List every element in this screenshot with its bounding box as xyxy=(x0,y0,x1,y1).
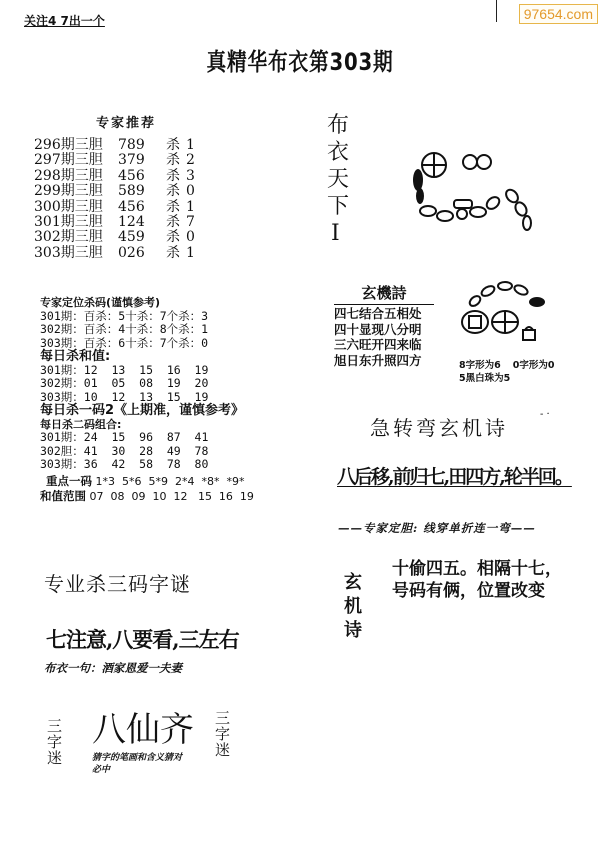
expert-picks-title: 专家推荐 xyxy=(96,112,156,131)
bead-notes: 8字形为60字形为0 5黑白珠为5 xyxy=(459,360,554,385)
list-item: 301期：12 13 15 16 19 xyxy=(40,364,254,378)
xuanji-title: 玄機詩 xyxy=(334,282,434,305)
list-item: 303期：百杀：6十杀：7个杀：0 xyxy=(40,337,254,351)
list-item: 302期：百杀：4十杀：8个杀：1 xyxy=(40,323,254,337)
key-code-row: 重点一码 1*3 5*6 5*9 2*4 *8* *9* xyxy=(40,475,254,489)
buyi-vertical-title: 布 衣 天 下 I xyxy=(327,112,349,247)
poem-line: 三六旺开四来临 xyxy=(334,337,434,353)
list-item: 303期：10 12 13 15 19 xyxy=(40,391,254,405)
position-kill-title: 专家定位杀码(谨慎参考) xyxy=(40,296,254,310)
list-item: 301期：24 15 96 87 41 xyxy=(40,431,254,445)
riddle-big-word: 八仙齐 xyxy=(92,702,194,751)
list-item: 303期：36 42 58 78 80 xyxy=(40,458,254,472)
list-item: 302期：01 05 08 19 20 xyxy=(40,377,254,391)
dash-mark: - · xyxy=(540,409,550,420)
turn-poem-line: 八后移,前归七,田四方,轮半回。 xyxy=(337,462,572,489)
poem-line: 十偷四五。相隔十七， xyxy=(392,558,562,580)
poem-line: 四十显现八分明 xyxy=(334,322,434,338)
list-item: 303期三胆026杀1 xyxy=(34,246,195,261)
list-item: 296期三胆789杀1 xyxy=(34,138,195,153)
expert-dan-line: ——专家定胆: 线穿单折连一弯—— xyxy=(338,520,536,536)
list-item: 301期：百杀：5十杀：7个杀：3 xyxy=(40,310,254,324)
riddle-vertical-left: 三字迷 xyxy=(44,718,65,766)
expert-picks-list: 296期三胆789杀1 297期三胆379杀2 298期三胆456杀3 299期… xyxy=(34,138,195,261)
poem-line: 旭日东升照四方 xyxy=(334,353,434,369)
riddle-hint: 猜字的笔画和含义猜对必中 xyxy=(92,752,182,776)
divider xyxy=(496,0,497,22)
page-title: 真精华布衣第303期 xyxy=(54,42,546,77)
poem-line: 四七结合五相处 xyxy=(334,306,434,322)
xuanji-poem: 玄機詩 四七结合五相处 四十显现八分明 三六旺开四来临 旭日东升照四方 xyxy=(334,282,434,368)
bead-coin-illustration xyxy=(455,278,565,348)
riddle-line: 布衣一句：酒家恩爱一夫妻 xyxy=(44,660,182,676)
riddle-vertical-right: 三字迷 xyxy=(212,710,233,758)
xjs-text: 十偷四五。相隔十七， 号码有俩，位置改变 xyxy=(392,558,562,602)
riddle-title: 专业杀三码字谜 xyxy=(44,568,191,597)
watermark-link[interactable]: 97654.com xyxy=(519,4,598,24)
list-item: 302胆：41 30 28 49 78 xyxy=(40,445,254,459)
sum-range-row: 和值范围 07 08 09 10 12 15 16 19 xyxy=(40,490,254,504)
list-item: 302期三胆459杀0 xyxy=(34,230,195,245)
riddle-main: 七注意,八要看,三左右 xyxy=(46,624,239,654)
sum-kill-title: 每日杀和值: xyxy=(40,350,254,364)
list-item: 298期三胆456杀3 xyxy=(34,169,195,184)
poem-line: 号码有俩，位置改变 xyxy=(392,580,562,602)
xjs-vertical-title: 玄机诗 xyxy=(336,572,366,644)
top-note: 关注4 7出一个 xyxy=(24,12,105,29)
one-code-kill: 每日杀一码2《上期准，谨慎参考》 xyxy=(40,404,254,418)
list-item: 299期三胆589杀0 xyxy=(34,184,195,199)
bead-chain-illustration xyxy=(410,140,540,235)
turn-poem-title: 急转弯玄机诗 xyxy=(370,412,508,441)
position-kill-section: 专家定位杀码(谨慎参考) 301期：百杀：5十杀：7个杀：3 302期：百杀：4… xyxy=(40,296,254,504)
two-code-title: 每日杀二码组合: xyxy=(40,418,254,432)
list-item: 300期三胆456杀1 xyxy=(34,200,195,215)
list-item: 297期三胆379杀2 xyxy=(34,153,195,168)
list-item: 301期三胆124杀7 xyxy=(34,215,195,230)
